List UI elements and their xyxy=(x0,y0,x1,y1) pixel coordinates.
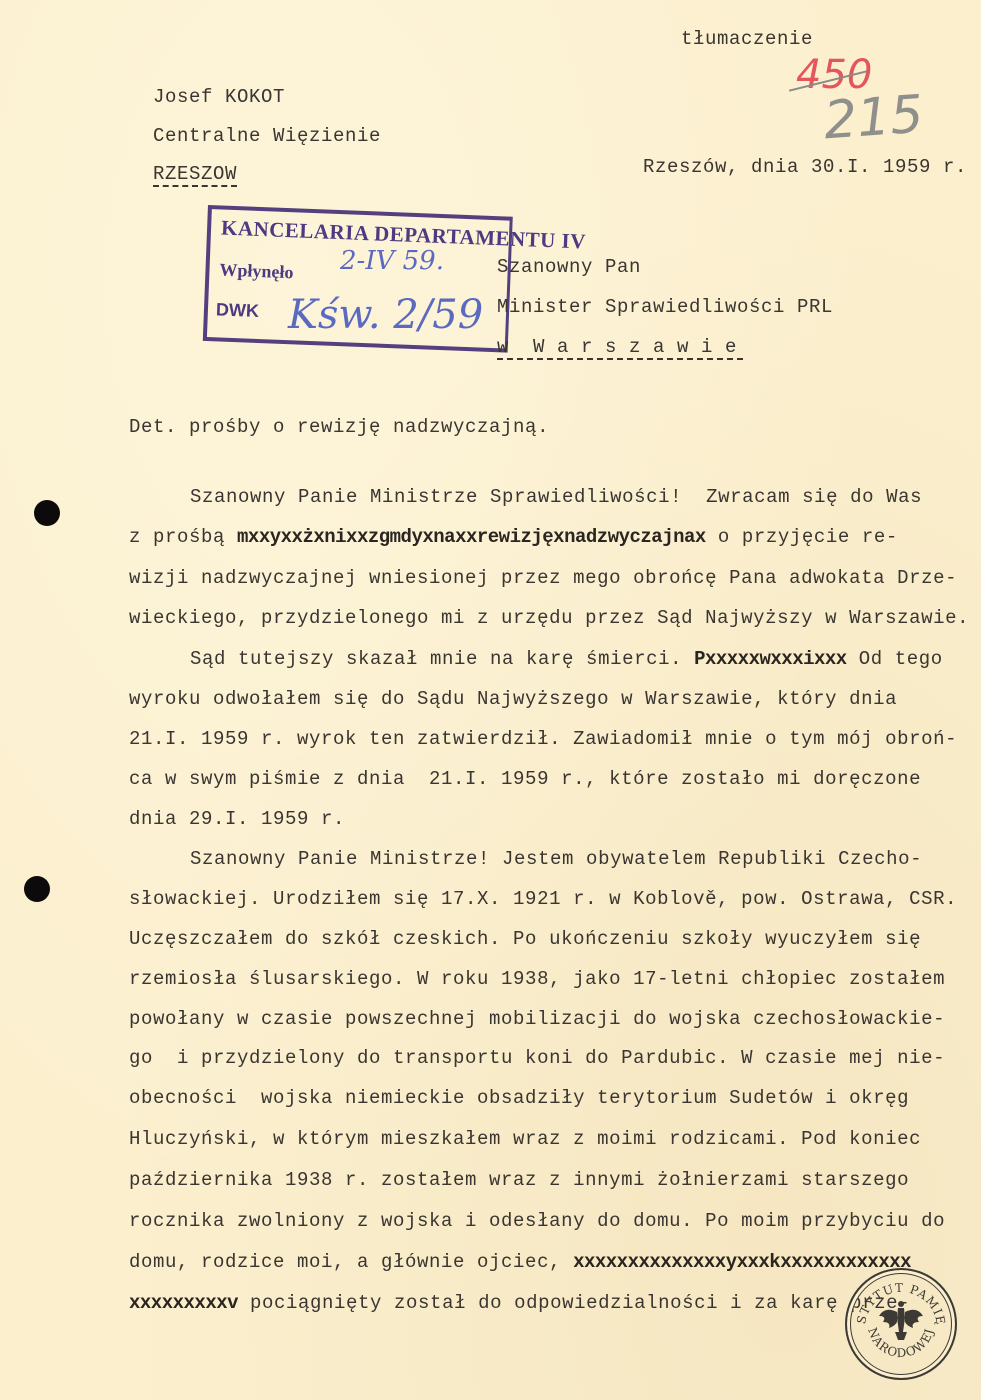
stamp-reference-number: Kśw. 2/59 xyxy=(288,292,483,338)
body-line: dnia 29.I. 1959 r. xyxy=(129,808,345,830)
struck-text: mxxyxxżxnixxzgmdyxnaxxrewizjęxnadzwyczaj… xyxy=(237,526,706,548)
body-line: go i przydzielony do transportu koni do … xyxy=(129,1047,945,1069)
translation-annotation: tłumaczenie xyxy=(681,28,813,50)
body-line: wizji nadzwyczajnej wniesionej przez meg… xyxy=(129,567,957,589)
body-line: Sąd tutejszy skazał mnie na karę śmierci… xyxy=(190,648,943,670)
punch-hole-bottom xyxy=(24,876,50,902)
body-line: z prośbą mxxyxxżxnixxzgmdyxnaxxrewizjęxn… xyxy=(129,526,898,548)
body-line: słowackiej. Urodziłem się 17.X. 1921 r. … xyxy=(129,888,957,910)
recipient-city: w W a r s z a w i e xyxy=(497,336,743,360)
body-line: Hluczyński, w którym mieszkałem wraz z m… xyxy=(129,1128,921,1150)
stamp-received-date: 2-IV 59. xyxy=(340,246,444,276)
sender-name: Josef KOKOT xyxy=(153,86,285,108)
sender-city: RZESZOW xyxy=(153,163,237,187)
recipient-title: Minister Sprawiedliwości PRL xyxy=(497,296,833,318)
body-line: domu, rodzice moi, a głównie ojciec, xxx… xyxy=(129,1251,911,1273)
body-line: obecności wojska niemieckie obsadziły te… xyxy=(129,1087,909,1109)
body-line: ca w swym piśmie z dnia 21.I. 1959 r., k… xyxy=(129,768,921,790)
stamp-dwk-label: DWK xyxy=(216,299,260,322)
body-line: Uczęszczałem do szkół czeskich. Po ukońc… xyxy=(129,928,921,950)
eagle-emblem-icon: INSTYTUT PAMIĘCI NARODOWEJ xyxy=(847,1270,955,1378)
body-line: Szanowny Panie Ministrze Sprawiedliwości… xyxy=(190,486,922,508)
body-line: 21.I. 1959 r. wyrok ten zatwierdził. Zaw… xyxy=(129,728,957,750)
sender-institution: Centralne Więzienie xyxy=(153,125,381,147)
punch-hole-top xyxy=(34,500,60,526)
body-line: Szanowny Panie Ministrze! Jestem obywate… xyxy=(190,848,922,870)
struck-text: Pxxxxxwxxxixxx xyxy=(694,648,847,670)
body-line: wyroku odwołałem się do Sądu Najwyższego… xyxy=(129,688,897,710)
struck-text: xxxxxxxxxv xyxy=(129,1292,238,1314)
body-line: wieckiego, przydzielonego mi z urzędu pr… xyxy=(129,607,969,629)
body-line: rocznika zwolniony z wojska i odesłany d… xyxy=(129,1210,945,1232)
body-line: rzemiosła ślusarskiego. W roku 1938, jak… xyxy=(129,968,945,990)
body-line: października 1938 r. zostałem wraz z inn… xyxy=(129,1169,909,1191)
recipient-salutation: Szanowny Pan xyxy=(497,256,641,278)
archive-number-pencil: 215 xyxy=(822,85,925,152)
subject-line: Det. prośby o rewizję nadzwyczajną. xyxy=(129,416,549,438)
stamp-received-label: Wpłynęło xyxy=(219,259,294,283)
body-line: powołany w czasie powszechnej mobilizacj… xyxy=(129,1008,945,1030)
body-line: xxxxxxxxxv pociągnięty został do odpowie… xyxy=(129,1292,910,1314)
date-line: Rzeszów, dnia 30.I. 1959 r. xyxy=(643,156,967,178)
ipn-archive-seal: INSTYTUT PAMIĘCI NARODOWEJ xyxy=(845,1268,957,1380)
